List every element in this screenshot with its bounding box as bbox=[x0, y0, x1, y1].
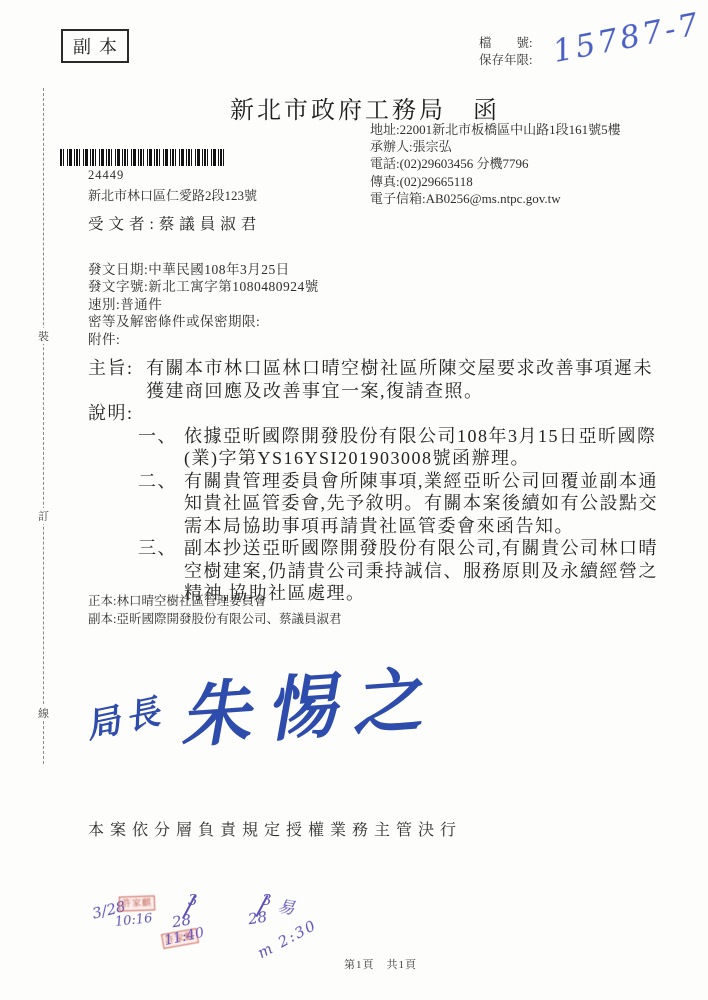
binding-mark-zhuang: 裝 bbox=[36, 328, 51, 344]
recipient-name: 受文者:蔡議員淑君 bbox=[88, 212, 261, 234]
name-stamp-1: 許家麒 bbox=[119, 895, 156, 911]
list-item: 二、 有關貴管理委員會所陳事項,業經亞昕公司回覆並副本通知貴社區管委會,先予敘明… bbox=[138, 470, 672, 538]
agency-email: 電子信箱:AB0256@ms.ntpc.gov.tw bbox=[370, 190, 621, 207]
list-item: 一、 依據亞昕國際開發股份有限公司108年3月15日亞昕國際(業)字第YS16Y… bbox=[138, 425, 672, 470]
issue-date: 發文日期:中華民國108年3月25日 bbox=[88, 261, 319, 278]
agency-fax: 傳真:(02)29665118 bbox=[370, 173, 621, 190]
recipient-address: 新北市林口區仁愛路2段123號 bbox=[88, 185, 257, 204]
copy-stamp-box: 副本 bbox=[61, 29, 129, 63]
mailing-barcode bbox=[60, 149, 224, 166]
attachment: 附件: bbox=[88, 331, 319, 348]
agency-info-block: 地址:22001新北市板橋區中山路1段161號5樓 承辦人:張宗弘 電話:(02… bbox=[370, 121, 621, 207]
agency-address: 地址:22001新北市板橋區中山路1段161號5樓 bbox=[370, 121, 621, 138]
binding-mark-ding: 訂 bbox=[36, 508, 51, 524]
routing-time-1: 10:16 bbox=[114, 911, 153, 930]
binding-margin-line bbox=[43, 88, 44, 764]
item-text: 有關貴管理委員會所陳事項,業經亞昕公司回覆並副本通知貴社區管委會,先予敘明。有關… bbox=[184, 470, 672, 538]
copy-stamp-label: 副本 bbox=[73, 33, 125, 59]
original-recipient: 正本:林口晴空樹社區管理委員會 bbox=[88, 592, 341, 610]
barcode-number: 24449 bbox=[88, 168, 124, 183]
description-items: 一、 依據亞昕國際開發股份有限公司108年3月15日亞昕國際(業)字第YS16Y… bbox=[88, 425, 672, 605]
retention-label: 保存年限: bbox=[479, 52, 532, 69]
page-footer: 第1頁 共1頁 bbox=[344, 956, 417, 972]
director-signature: 局長 朱惕之 bbox=[85, 652, 437, 753]
letter-body: 主旨: 有關本市林口區林口晴空樹社區所陳交屋要求改善事項遲未獲建商回應及改善事宜… bbox=[88, 357, 672, 605]
agency-contact: 承辦人:張宗弘 bbox=[370, 138, 621, 155]
routing-flourish-3: 易 bbox=[276, 892, 297, 920]
file-number-block: 檔 號: 保存年限: bbox=[479, 35, 532, 69]
document-title: 新北市政府工務局 函 bbox=[0, 90, 708, 125]
signature-title: 局長 bbox=[81, 683, 169, 748]
subject-row: 主旨: 有關本市林口區林口晴空樹社區所陳交屋要求改善事項遲未獲建商回應及改善事宜… bbox=[88, 357, 672, 402]
item-number: 二、 bbox=[138, 470, 184, 538]
routing-time-2: 11:40 bbox=[163, 925, 206, 949]
document-meta-block: 發文日期:中華民國108年3月25日 發文字號:新北工寓字第1080480924… bbox=[88, 261, 319, 348]
handwritten-file-number: 15787-7 bbox=[550, 6, 704, 70]
delivery-speed: 速別:普通件 bbox=[88, 296, 319, 313]
agency-phone: 電話:(02)29603456 分機7796 bbox=[370, 155, 621, 172]
authorization-note: 本案依分層負責規定授權業務主管決行 bbox=[88, 817, 462, 840]
routing-date-3-day: 28 bbox=[247, 908, 268, 928]
scanned-letter-page: 副本 檔 號: 保存年限: 15787-7 新北市政府工務局 函 地址:2200… bbox=[0, 0, 708, 1000]
security-class: 密等及解密條件或保密期限: bbox=[88, 313, 319, 330]
item-number: 一、 bbox=[138, 425, 184, 470]
binding-mark-xian: 線 bbox=[36, 705, 51, 721]
distribution-block: 正本:林口晴空樹社區管理委員會 副本:亞昕國際開發股份有限公司、蔡議員淑君 bbox=[88, 592, 341, 628]
item-text: 依據亞昕國際開發股份有限公司108年3月15日亞昕國際(業)字第YS16YSI2… bbox=[184, 425, 672, 470]
subject-label: 主旨: bbox=[88, 357, 146, 402]
description-label: 說明: bbox=[88, 402, 672, 425]
copy-recipients: 副本:亞昕國際開發股份有限公司、蔡議員淑君 bbox=[88, 610, 341, 628]
doc-number: 發文字號:新北工寓字第1080480924號 bbox=[88, 278, 319, 295]
subject-text: 有關本市林口區林口晴空樹社區所陳交屋要求改善事項遲未獲建商回應及改善事宜一案,復… bbox=[146, 357, 672, 402]
file-no-label: 檔 號: bbox=[479, 35, 532, 52]
signature-name: 朱惕之 bbox=[176, 643, 440, 762]
